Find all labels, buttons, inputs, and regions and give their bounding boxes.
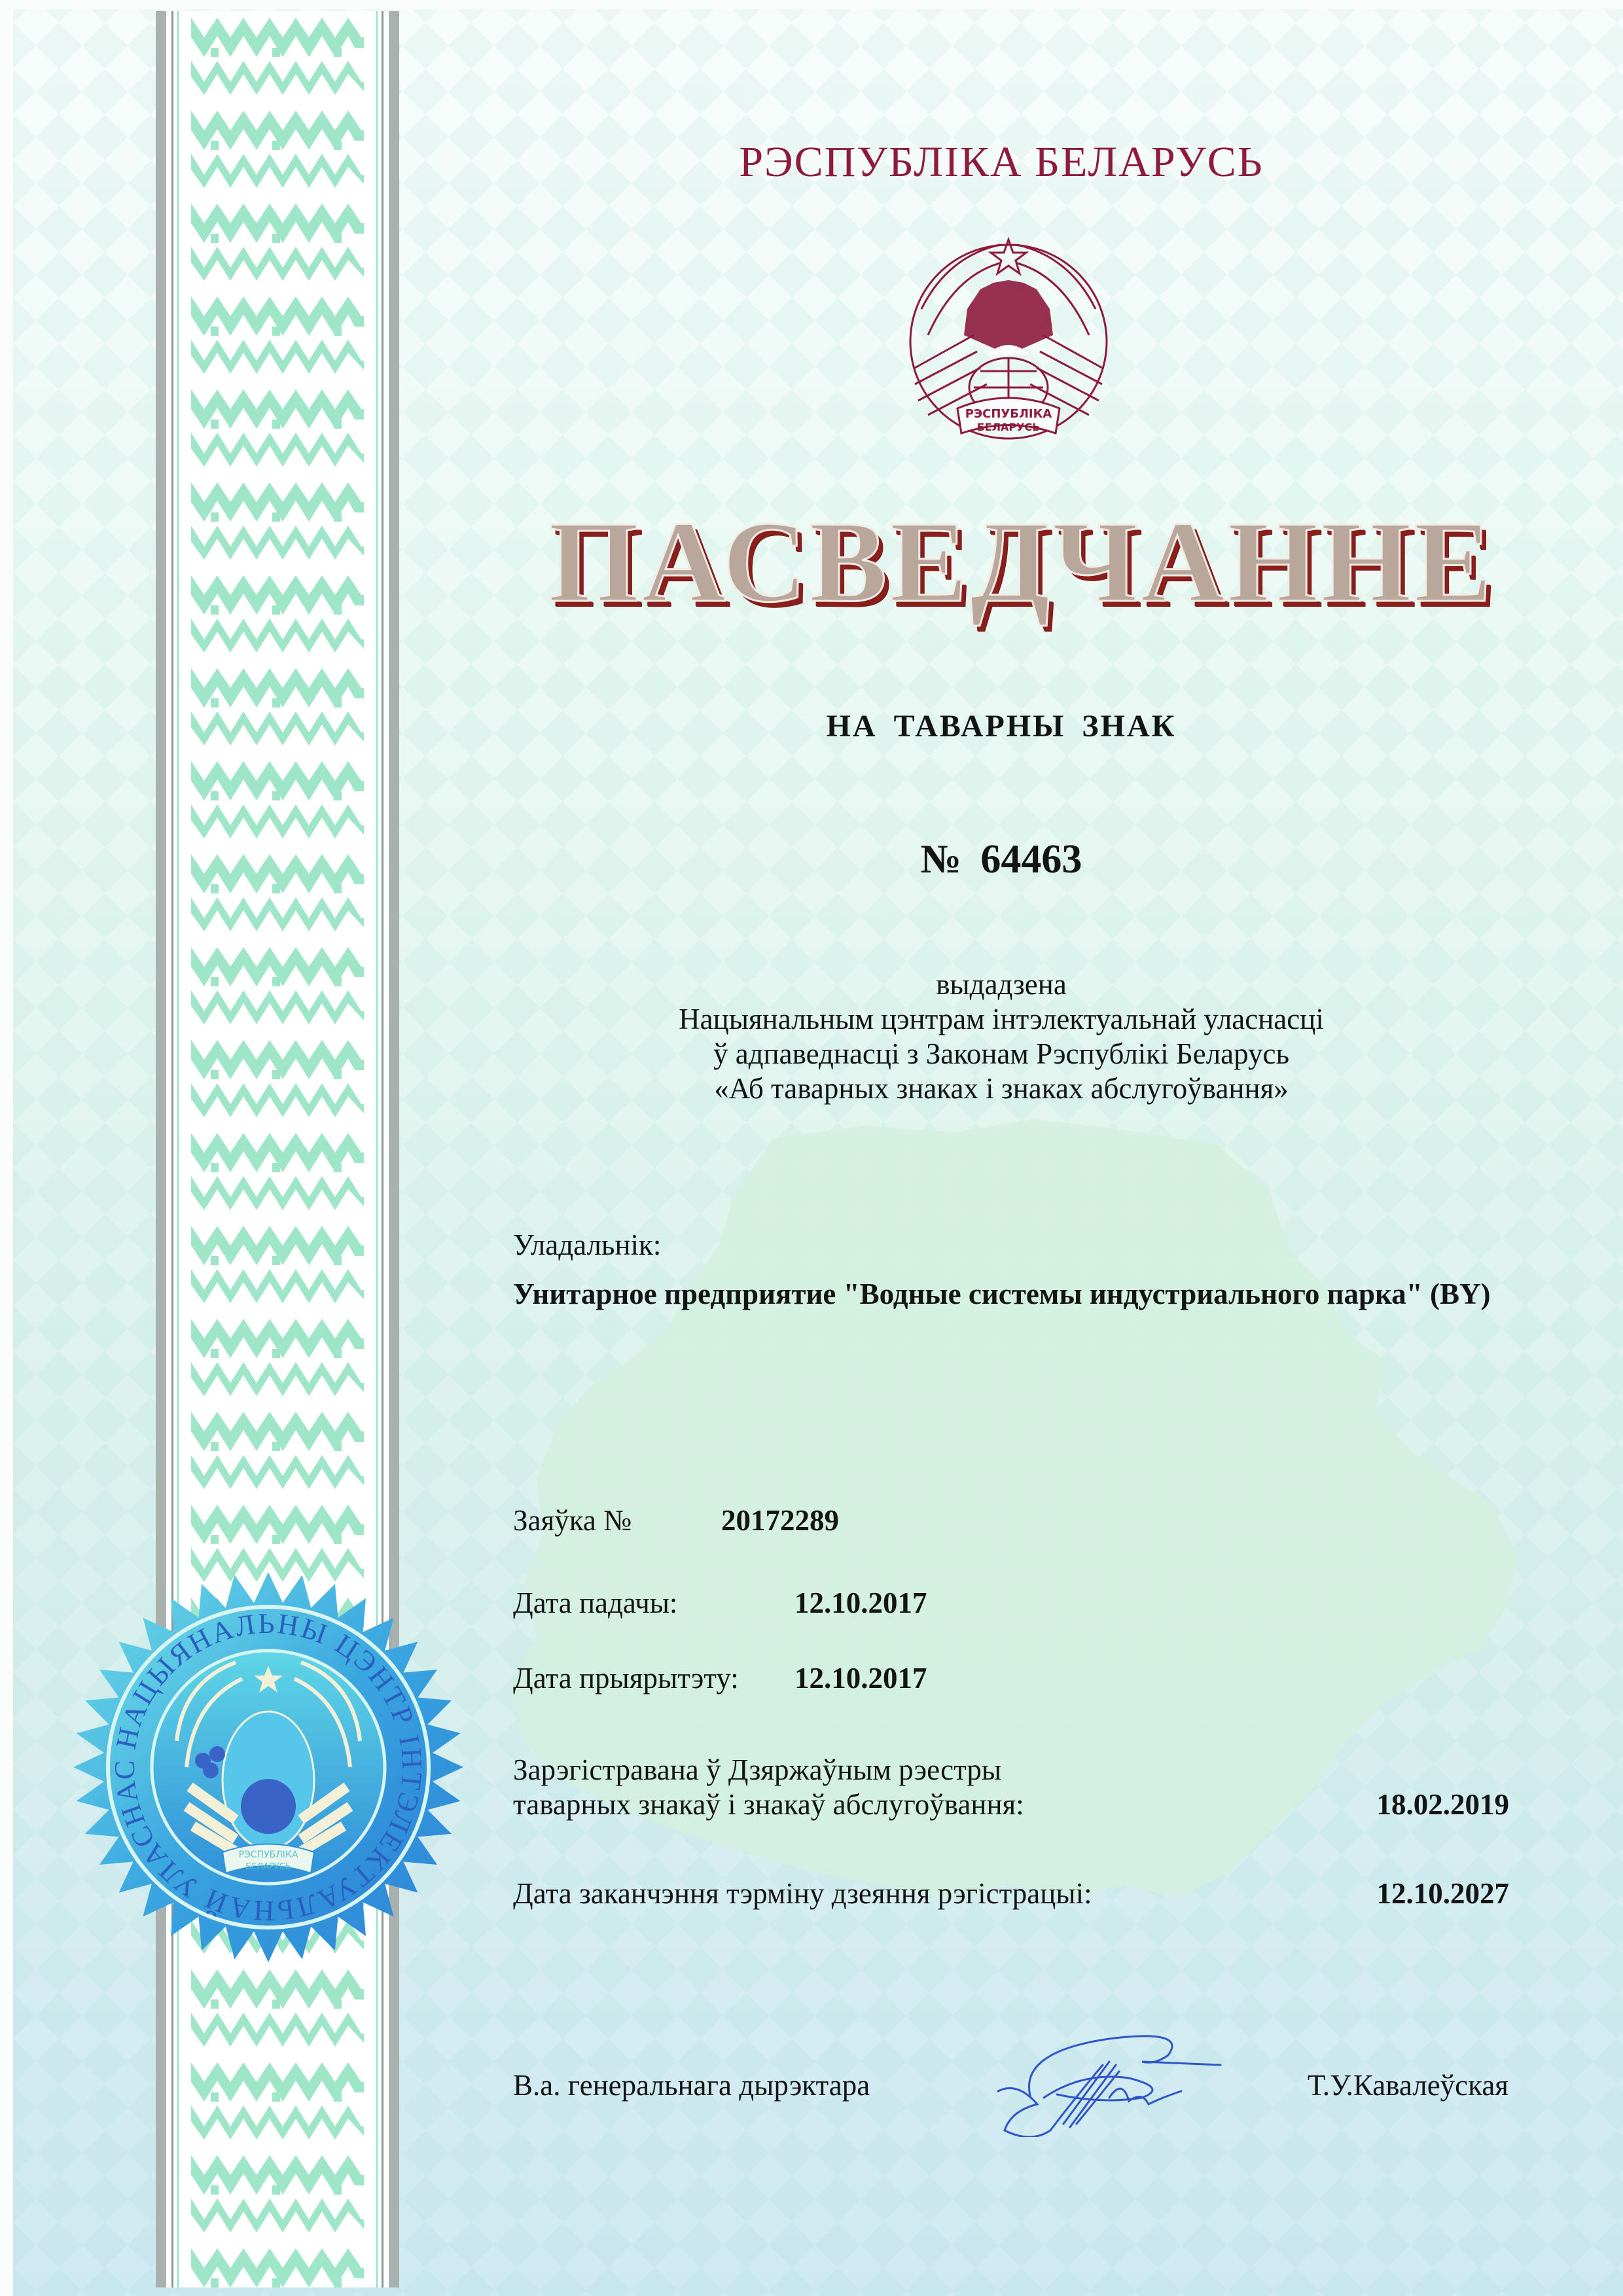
application-number-label: Заяўка № [513,1503,632,1537]
application-number-value: 20172289 [721,1503,839,1537]
signatory-name: Т.У.Кавалеўская [1308,2068,1508,2102]
svg-text:РЭСПУБЛІКА: РЭСПУБЛІКА [239,1850,298,1860]
document-subtitle: НА ТАВАРНЫ ЗНАК [380,708,1623,744]
registration-date-value: 18.02.2019 [1377,1787,1510,1822]
handwritten-signature [991,2026,1240,2137]
issued-by-block: выдадзена Нацыянальным цэнтрам інтэлекту… [380,967,1623,1106]
signatory-position: В.а. генеральнага дырэктара [513,2068,870,2102]
document-title: ПАСВЕДЧАННЕ [548,494,1445,629]
application-number-row: Заяўка № 20172289 [513,1503,632,1537]
paper-margin-top [0,0,1623,9]
registration-label-line: Зарэгістравана ў Дзяржаўным рэестры [513,1753,1509,1787]
priority-date-label: Дата прыярытэту: [513,1661,739,1695]
expiry-date-row: Дата заканчэння тэрміну дзеяння рэгістра… [513,1876,1509,1910]
hologram-seal-icon: НАЦЫЯНАЛЬНЫ ЦЭНТР ІНТЭЛЕКТУАЛЬНАЙ УЛАСНА… [72,1571,465,1964]
issued-line: Нацыянальным цэнтрам інтэлектуальнай ула… [380,1002,1623,1037]
issued-line: выдадзена [380,967,1623,1002]
filing-date-label: Дата падачы: [513,1586,677,1620]
issued-line: ў адпаведнасці з Законам Рэспублікі Бела… [380,1037,1623,1071]
number-value: 64463 [980,837,1082,882]
priority-date-value: 12.10.2017 [794,1661,927,1695]
expiry-date-value: 12.10.2027 [1377,1876,1510,1910]
expiry-date-label: Дата заканчэння тэрміну дзеяння рэгістра… [513,1877,1092,1910]
registration-label-line: таварных знакаў і знакаў абслугоўвання: [513,1787,1509,1822]
filing-date-row: Дата падачы: 12.10.2017 [513,1586,677,1620]
svg-text:РЭСПУБЛІКА: РЭСПУБЛІКА [965,407,1052,421]
filing-date-value: 12.10.2017 [794,1586,927,1620]
owner-name: Унитарное предприятие "Водные системы ин… [513,1276,1509,1312]
svg-text:БЕЛАРУСЬ: БЕЛАРУСЬ [977,421,1041,433]
owner-label: Уладальнік: [513,1228,661,1262]
belarus-coat-of-arms-icon: РЭСПУБЛІКА БЕЛАРУСЬ [902,237,1115,441]
issued-line: «Аб таварных знаках і знаках абслугоўван… [380,1071,1623,1106]
priority-date-row: Дата прыярытэту: 12.10.2017 [513,1661,739,1695]
paper-margin-left [0,0,13,2296]
registration-row: Зарэгістравана ў Дзяржаўным рэестры тава… [513,1753,1509,1822]
certificate-number: № 64463 [380,836,1623,883]
number-sign: № [921,837,961,882]
svg-text:БЕЛАРУСЬ: БЕЛАРУСЬ [245,1862,291,1872]
country-heading: РЭСПУБЛІКА БЕЛАРУСЬ [0,137,1623,187]
